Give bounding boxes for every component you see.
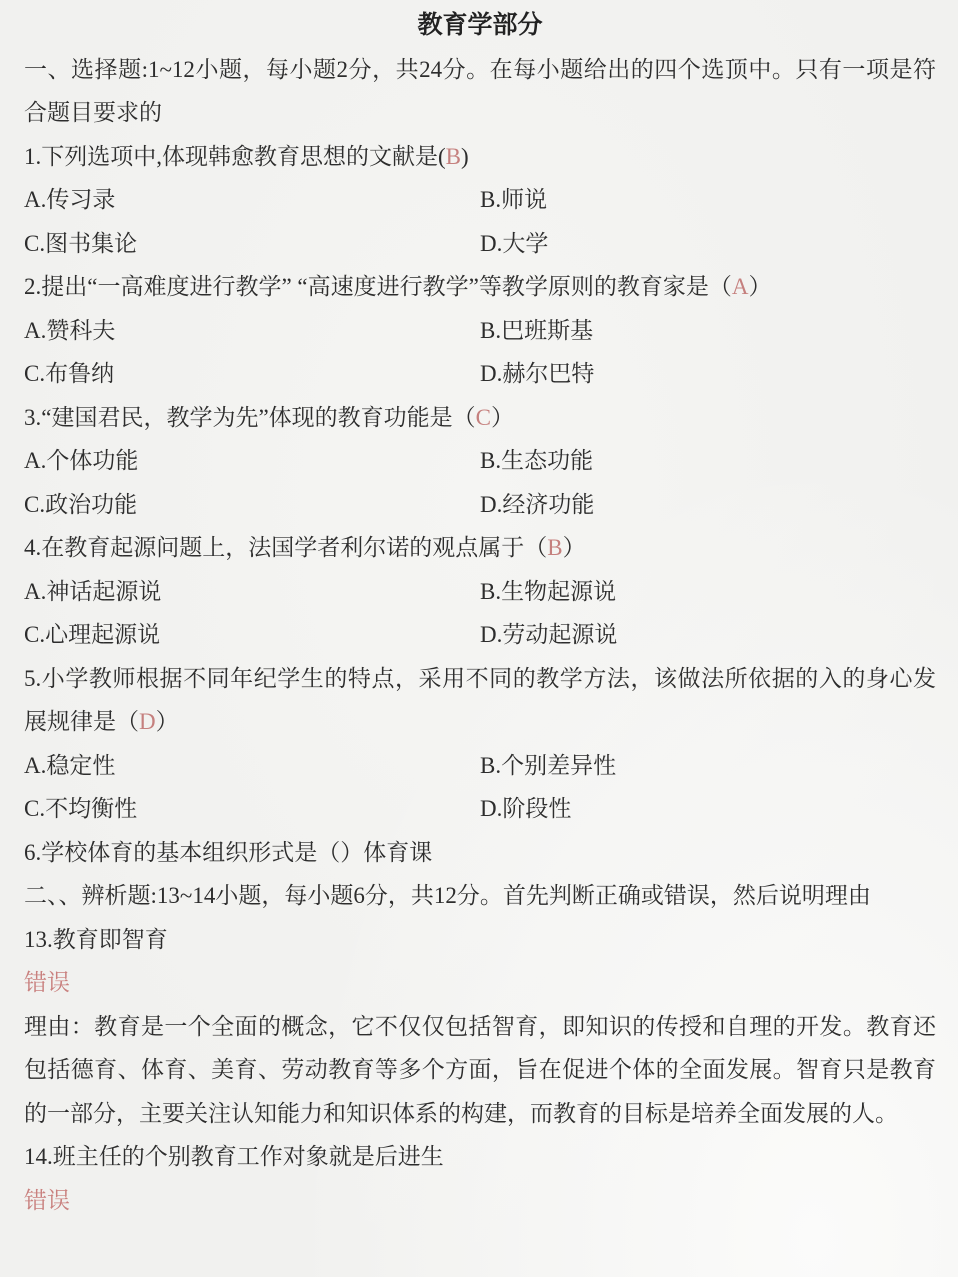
option-label: A.个体功能 [24,439,480,483]
question-13-judgement: 错误 [24,961,936,1005]
question-1-stem: 1.下列选项中,体现韩愈教育思想的文献是(B) [24,135,936,179]
option-label: A.神话起源说 [24,570,480,614]
question-14-judgement: 错误 [24,1179,936,1223]
option-label: A.传习录 [24,178,480,222]
question-2-stem: 2.提出“一高难度进行教学” “高速度进行教学”等教学原则的教育家是（A） [24,265,936,309]
question-3-answer: C [476,405,491,430]
question-2-answer: A [732,274,749,299]
question-3-stem: 3.“建国君民，教学为先”体现的教育功能是（C） [24,396,936,440]
question-4-options-row-2: C.心理起源说 D.劳动起源说 [24,613,936,657]
question-5-close: ） [156,709,179,734]
option-label: D.劳动起源说 [480,613,936,657]
question-5-options-row-1: A.稳定性 B.个别差异性 [24,744,936,788]
question-2-options-row-1: A.赞科夫 B.巴班斯基 [24,309,936,353]
question-3-options-row-2: C.政治功能 D.经济功能 [24,483,936,527]
question-1-answer: B [446,144,461,169]
question-4-options-row-1: A.神话起源说 B.生物起源说 [24,570,936,614]
question-14-stem: 14.班主任的个别教育工作对象就是后进生 [24,1135,936,1179]
question-2-text: 2.提出“一高难度进行教学” “高速度进行教学”等教学原则的教育家是（ [24,274,732,299]
question-6-stem: 6.学校体育的基本组织形式是（）体育课 [24,831,936,875]
question-4-stem: 4.在教育起源问题上，法国学者利尔诺的观点属于（B） [24,526,936,570]
question-1-options-row-1: A.传习录 B.师说 [24,178,936,222]
question-1-text: 1.下列选项中,体现韩愈教育思想的文献是( [24,144,446,169]
option-label: C.不均衡性 [24,787,480,831]
option-label: D.阶段性 [480,787,936,831]
option-label: B.生物起源说 [480,570,936,614]
question-2-close: ） [748,274,771,299]
question-2-options-row-2: C.布鲁纳 D.赫尔巴特 [24,352,936,396]
question-1-close: ) [461,144,469,169]
question-5-answer: D [139,709,156,734]
option-label: B.师说 [480,178,936,222]
question-3-close: ） [491,405,514,430]
question-13-stem: 13.教育即智育 [24,918,936,962]
option-label: C.图书集论 [24,222,480,266]
option-label: D.赫尔巴特 [480,352,936,396]
option-label: C.布鲁纳 [24,352,480,396]
question-1-options-row-2: C.图书集论 D.大学 [24,222,936,266]
option-label: D.经济功能 [480,483,936,527]
question-3-text: 3.“建国君民，教学为先”体现的教育功能是（ [24,405,476,430]
question-13-reason: 理由：教育是一个全面的概念，它不仅仅包括智育，即知识的传授和自理的开发。教育还包… [24,1005,936,1136]
question-3-options-row-1: A.个体功能 B.生态功能 [24,439,936,483]
section1-header: 一、选择题:1~12小题，每小题2分，共24分。在每小题给出的四个选顶中。只有一… [24,48,936,135]
option-label: C.政治功能 [24,483,480,527]
question-5-stem: 5.小学教师根据不同年纪学生的特点，采用不同的教学方法，该做法所依据的入的身心发… [24,657,936,744]
question-4-close: ） [563,535,586,560]
question-4-text: 4.在教育起源问题上，法国学者利尔诺的观点属于（ [24,535,547,560]
option-label: B.个别差异性 [480,744,936,788]
question-5-options-row-2: C.不均衡性 D.阶段性 [24,787,936,831]
page-title: 教育学部分 [24,4,936,48]
option-label: B.巴班斯基 [480,309,936,353]
option-label: D.大学 [480,222,936,266]
exam-document: 教育学部分 一、选择题:1~12小题，每小题2分，共24分。在每小题给出的四个选… [0,0,958,1222]
option-label: B.生态功能 [480,439,936,483]
question-4-answer: B [547,535,562,560]
option-label: C.心理起源说 [24,613,480,657]
section2-header: 二、、辨析题:13~14小题，每小题6分，共12分。首先判断正确或错误，然后说明… [24,874,936,918]
option-label: A.稳定性 [24,744,480,788]
option-label: A.赞科夫 [24,309,480,353]
